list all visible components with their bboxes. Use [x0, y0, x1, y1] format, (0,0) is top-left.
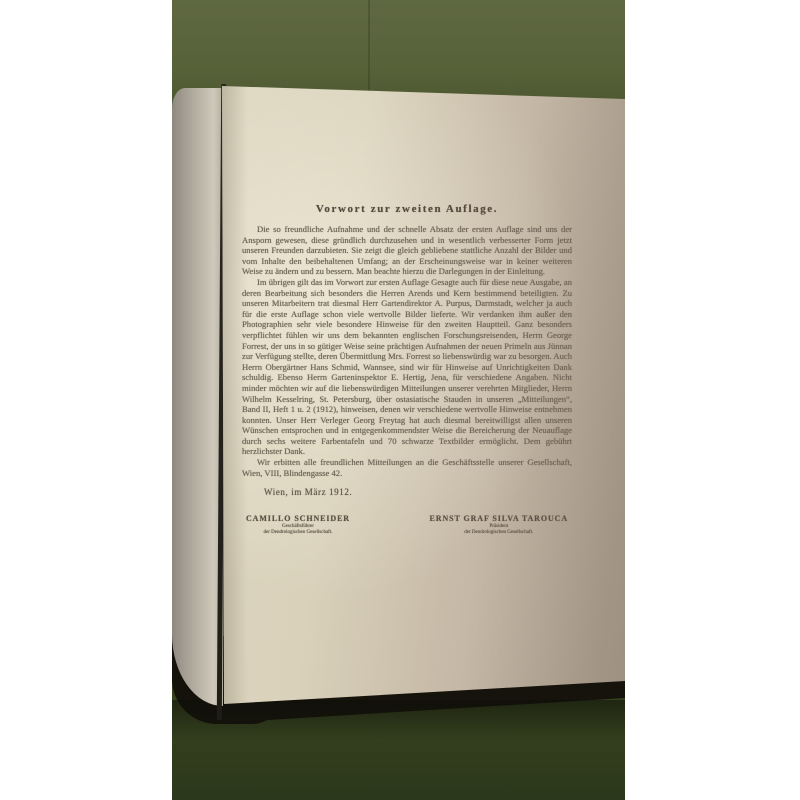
date-line: Wien, im März 1912.: [242, 487, 572, 497]
signature-name: CAMILLO SCHNEIDER: [246, 514, 350, 523]
white-matte-left: [0, 0, 172, 800]
signature-row: CAMILLO SCHNEIDER Geschäftsführer der De…: [242, 514, 572, 535]
signature-organization: der Dendrologischen Gesellschaft.: [430, 530, 568, 535]
book-photo: Vorwort zur zweiten Auflage. Die so freu…: [172, 0, 625, 800]
signature-role: Geschäftsführer: [246, 524, 350, 529]
preface-paragraph: Im übrigen gilt das im Vorwort zur erste…: [242, 277, 572, 457]
signature-right: ERNST GRAF SILVA TAROUCA Präsident der D…: [430, 514, 568, 535]
printed-text-block: Vorwort zur zweiten Auflage. Die so freu…: [242, 203, 572, 535]
white-matte-right: [625, 0, 800, 800]
signature-left: CAMILLO SCHNEIDER Geschäftsführer der De…: [246, 514, 350, 535]
page-title: Vorwort zur zweiten Auflage.: [242, 203, 572, 215]
signature-name: ERNST GRAF SILVA TAROUCA: [430, 514, 568, 523]
felt-fold-line: [368, 0, 370, 92]
signature-organization: der Dendrologischen Gesellschaft.: [246, 530, 350, 535]
preface-paragraph: Die so freundliche Aufnahme und der schn…: [242, 224, 572, 277]
preface-paragraph: Wir erbitten alle freundlichen Mitteilun…: [242, 457, 572, 478]
book-shadow: [172, 700, 625, 740]
signature-role: Präsident: [430, 524, 568, 529]
screenshot-root: { "photo": { "description": "photograph …: [0, 0, 800, 800]
page-stack-edge: [172, 88, 223, 706]
